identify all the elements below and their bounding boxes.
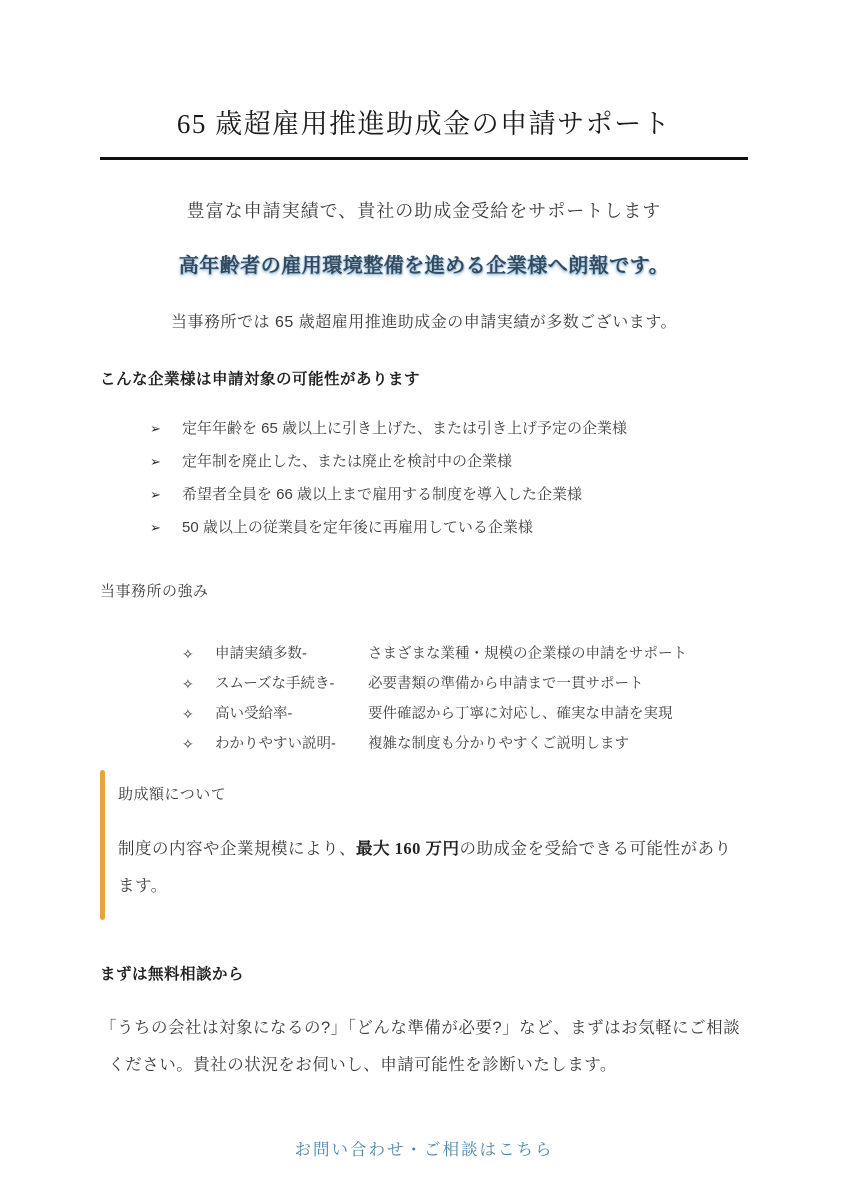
- strength-description: 要件確認から丁寧に対応し、確実な申請を実現: [368, 705, 748, 724]
- arrow-bullet-icon: ➢: [150, 485, 182, 505]
- document-content: 65 歳超雇用推進助成金の申請サポート 豊富な申請実績で、貴社の助成金受給をサポ…: [0, 102, 849, 1160]
- list-item: ✧ スムーズな手続き- 必要書類の準備から申請まで一貫サポート: [100, 675, 748, 694]
- strength-description: 複雑な制度も分かりやすくご説明します: [368, 735, 748, 754]
- list-item: ✧ わかりやすい説明- 複雑な制度も分かりやすくご説明します: [100, 735, 748, 754]
- strengths-heading: 当事務所の強み: [100, 580, 748, 601]
- intro-line: 当事務所では 65 歳超雇用推進助成金の申請実績が多数ございます。: [100, 309, 748, 332]
- subsidy-callout: 助成額について 制度の内容や企業規模により、最大 160 万円の助成金を受給でき…: [100, 770, 748, 920]
- eligibility-heading: こんな企業様は申請対象の可能性があります: [100, 367, 748, 389]
- list-item: ➢ 50 歳以上の従業員を定年後に再雇用している企業様: [100, 518, 748, 538]
- arrow-bullet-icon: ➢: [150, 452, 182, 472]
- strength-term: わかりやすい説明-: [215, 735, 368, 754]
- strength-term: 高い受給率-: [215, 705, 368, 724]
- list-item: ✧ 申請実績多数- さまざまな業種・規模の企業様の申請をサポート: [100, 645, 748, 664]
- sparkle-bullet-icon: ✧: [182, 645, 215, 664]
- document-page: 65 歳超雇用推進助成金の申請サポート 豊富な申請実績で、貴社の助成金受給をサポ…: [0, 0, 849, 1200]
- list-item-text: 希望者全員を 66 歳以上まで雇用する制度を導入した企業様: [182, 485, 582, 505]
- list-item: ✧ 高い受給率- 要件確認から丁寧に対応し、確実な申請を実現: [100, 705, 748, 724]
- consultation-heading: まずは無料相談から: [100, 962, 748, 984]
- strengths-list: ✧ 申請実績多数- さまざまな業種・規模の企業様の申請をサポート ✧ スムーズな…: [100, 645, 748, 754]
- arrow-bullet-icon: ➢: [150, 419, 182, 439]
- sparkle-bullet-icon: ✧: [182, 735, 215, 754]
- consultation-body: 「うちの会社は対象になるの?」「どんな準備が必要?」など、まずはお気軽にご相談く…: [100, 1010, 748, 1084]
- list-item-text: 定年年齢を 65 歳以上に引き上げた、または引き上げ予定の企業様: [182, 419, 627, 439]
- subsidy-body-before: 制度の内容や企業規模により、: [118, 839, 356, 858]
- strength-description: 必要書類の準備から申請まで一貫サポート: [368, 675, 748, 694]
- subsidy-body: 制度の内容や企業規模により、最大 160 万円の助成金を受給できる可能性がありま…: [118, 830, 748, 904]
- page-title: 65 歳超雇用推進助成金の申請サポート: [100, 102, 748, 141]
- subsidy-amount: 最大 160 万円: [356, 839, 460, 858]
- list-item: ➢ 定年年齢を 65 歳以上に引き上げた、または引き上げ予定の企業様: [100, 419, 748, 439]
- strength-description: さまざまな業種・規模の企業様の申請をサポート: [368, 645, 748, 664]
- strength-term: 申請実績多数-: [215, 645, 368, 664]
- list-item: ➢ 希望者全員を 66 歳以上まで雇用する制度を導入した企業様: [100, 485, 748, 505]
- eligibility-list: ➢ 定年年齢を 65 歳以上に引き上げた、または引き上げ予定の企業様 ➢ 定年制…: [100, 419, 748, 538]
- subsidy-heading: 助成額について: [118, 783, 748, 804]
- contact-link[interactable]: お問い合わせ・ご相談はこちら: [100, 1136, 748, 1160]
- arrow-bullet-icon: ➢: [150, 518, 182, 538]
- title-divider: [100, 157, 748, 160]
- list-item-text: 50 歳以上の従業員を定年後に再雇用している企業様: [182, 518, 533, 538]
- list-item-text: 定年制を廃止した、または廃止を検討中の企業様: [182, 452, 512, 472]
- highlight-banner: 高年齢者の雇用環境整備を進める企業様へ朗報です。: [100, 249, 748, 278]
- subtitle: 豊富な申請実績で、貴社の助成金受給をサポートします: [100, 197, 748, 223]
- sparkle-bullet-icon: ✧: [182, 705, 215, 724]
- strength-term: スムーズな手続き-: [215, 675, 368, 694]
- sparkle-bullet-icon: ✧: [182, 675, 215, 694]
- list-item: ➢ 定年制を廃止した、または廃止を検討中の企業様: [100, 452, 748, 472]
